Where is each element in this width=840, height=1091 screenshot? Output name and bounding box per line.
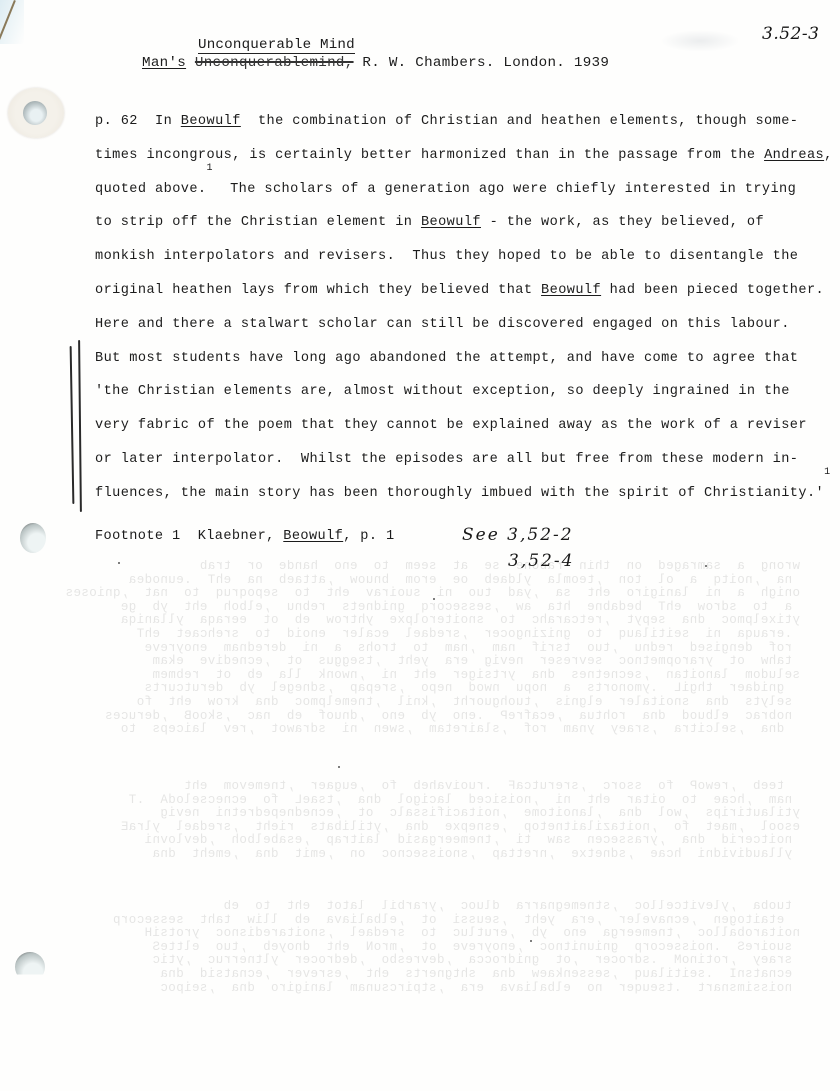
text-segment: , <box>824 148 833 163</box>
text-line: 'the Christian elements are, almost with… <box>95 375 815 409</box>
ink-speck <box>705 565 707 567</box>
text-segment: Here and there a stalwart scholar can st… <box>95 317 790 332</box>
text-segment: the combination of Christian and heathen… <box>241 114 799 129</box>
text-segment: to strip off the Christian element in <box>95 215 421 230</box>
underlined-title: Beowulf <box>541 283 601 298</box>
text-segment: p. 62 In <box>95 114 181 129</box>
text-line: to strip off the Christian element in Be… <box>95 206 815 240</box>
text-segment: fluences, the main story has been thorou… <box>95 486 824 501</box>
text-segment: quoted above. <box>95 182 207 197</box>
citation-author-place-year: R. W. Chambers. London. 1939 <box>354 55 610 71</box>
text-line: very fabric of the poem that they cannot… <box>95 409 815 443</box>
text-line: times incongrous, is certainly better ha… <box>95 139 815 173</box>
title-correction: Unconquerable Mind <box>198 37 355 54</box>
text-segment: very fabric of the poem that they cannot… <box>95 418 807 433</box>
text-segment: had been pieced together. <box>601 283 824 298</box>
underlined-title: Andreas <box>764 148 824 163</box>
text-line: quoted above.1 The scholars of a generat… <box>95 173 815 207</box>
text-segment: original heathen lays from which they be… <box>95 283 541 298</box>
citation-title: Man's Unconquerablemind, R. W. Chambers.… <box>142 54 609 72</box>
text-line: But most students have long ago abandone… <box>95 342 815 376</box>
title-prefix: Man's <box>142 55 186 71</box>
struck-title-text: Unconquerablemind, <box>195 55 354 71</box>
text-segment: But most students have long ago abandone… <box>95 351 798 366</box>
text-segment: 'the Christian elements are, almost with… <box>95 384 790 399</box>
punch-hole-middle <box>20 523 46 553</box>
bleed-through-text: wrong a samraged on thin rabone se at se… <box>60 560 800 760</box>
quotation-body: p. 62 In Beowulf the combination of Chri… <box>95 105 815 511</box>
text-line: Here and there a stalwart scholar can st… <box>95 308 815 342</box>
ink-speck <box>433 598 435 600</box>
text-line: original heathen lays from which they be… <box>95 274 815 308</box>
margin-mark-line <box>78 340 82 512</box>
text-line: p. 62 In Beowulf the combination of Chri… <box>95 105 815 139</box>
underlined-title: Beowulf <box>181 114 241 129</box>
ink-speck <box>338 766 340 768</box>
text-segment: monkish interpolators and revisers. Thus… <box>95 249 798 264</box>
pencil-smudge <box>660 30 740 52</box>
document-page: wrong a samraged on thin rabone se at se… <box>0 0 840 1091</box>
text-segment: times incongrous, is certainly better ha… <box>95 148 764 163</box>
handwritten-page-number: 3.52-3 <box>762 24 819 44</box>
text-line: fluences, the main story has been thorou… <box>95 477 815 511</box>
bleed-through-text: tuoba ,ylevitcelloc ,stnemegnarra dluoc … <box>60 900 800 1020</box>
ink-speck <box>530 940 532 942</box>
footnote-marker: 1 <box>824 467 830 478</box>
footnote-work-title: Beowulf <box>283 529 343 544</box>
text-segment: or later interpolator. Whilst the episod… <box>95 452 798 467</box>
text-line: or later interpolator. Whilst the episod… <box>95 443 815 477</box>
bleed-through-text: teeb ,rewoP fo ssorc ,srerutcaF .ruoivah… <box>60 780 800 880</box>
footnote-label: Footnote 1 Klaebner, <box>95 529 283 544</box>
margin-mark-line <box>70 346 75 504</box>
punch-hole-bottom <box>15 952 45 982</box>
text-segment: - the work, as they believed, of <box>481 215 764 230</box>
text-line: monkish interpolators and revisers. Thus… <box>95 240 815 274</box>
footnote-page: , p. 1 <box>343 529 394 544</box>
punch-hole-top <box>23 101 47 125</box>
footnote: Footnote 1 Klaebner, Beowulf, p. 1 <box>95 529 395 544</box>
footnote-marker: 1 <box>207 163 213 174</box>
ink-speck <box>118 562 120 564</box>
text-segment: The scholars of a generation ago were ch… <box>213 182 796 197</box>
handwritten-cross-reference-1: See 3,52-2 <box>462 525 574 545</box>
handwritten-cross-reference-2: 3,52-4 <box>508 551 574 571</box>
underlined-title: Beowulf <box>421 215 481 230</box>
